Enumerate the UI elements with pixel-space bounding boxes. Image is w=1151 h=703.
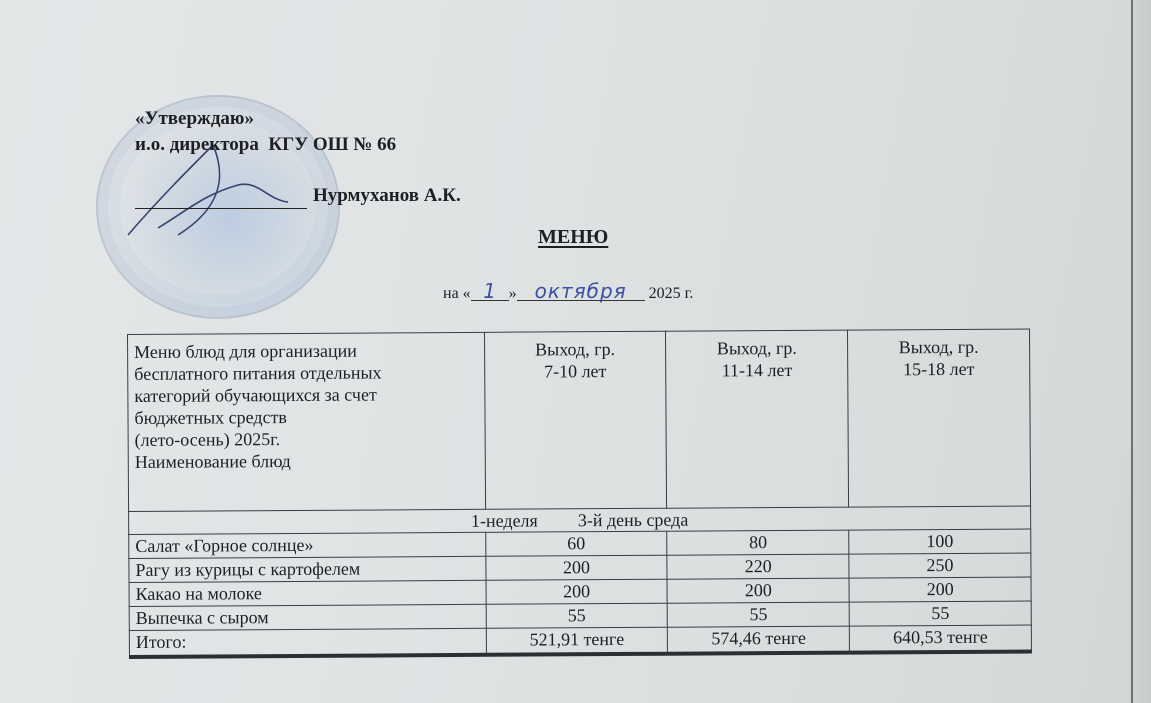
approve-label: «Утверждаю» [135, 106, 396, 132]
date-suffix: 2025 г. [649, 285, 694, 302]
page-title: МЕНЮ [538, 226, 608, 249]
signature-line [135, 208, 307, 209]
date-day: 1 [471, 282, 509, 301]
header-dish-name: Меню блюд для организации бесплатного пи… [128, 332, 486, 511]
menu-table: Меню блюд для организации бесплатного пи… [127, 328, 1032, 659]
director-name: Нурмуханов А.К. [313, 185, 461, 207]
date-month: октября [517, 282, 645, 301]
paper-edge [1131, 0, 1151, 703]
menu-date: на «1»октября 2025 г. [443, 282, 693, 303]
header-age-7-10: Выход, гр. 7-10 лет [484, 331, 667, 509]
director-position: и.о. директора КГУ ОШ № 66 [135, 132, 396, 158]
approval-block: «Утверждаю» и.о. директора КГУ ОШ № 66 [135, 106, 396, 158]
date-mid: » [509, 285, 517, 302]
header-age-15-18: Выход, гр. 15-18 лет [848, 329, 1031, 507]
week-label: 1-неделя [471, 510, 538, 530]
date-prefix: на « [443, 285, 471, 302]
total-row: Итого: 521,91 тенге 574,46 тенге 640,53 … [129, 625, 1031, 657]
table-header-row: Меню блюд для организации бесплатного пи… [128, 329, 1031, 512]
header-age-11-14: Выход, гр. 11-14 лет [666, 330, 849, 508]
day-label: 3-й день среда [578, 510, 689, 531]
